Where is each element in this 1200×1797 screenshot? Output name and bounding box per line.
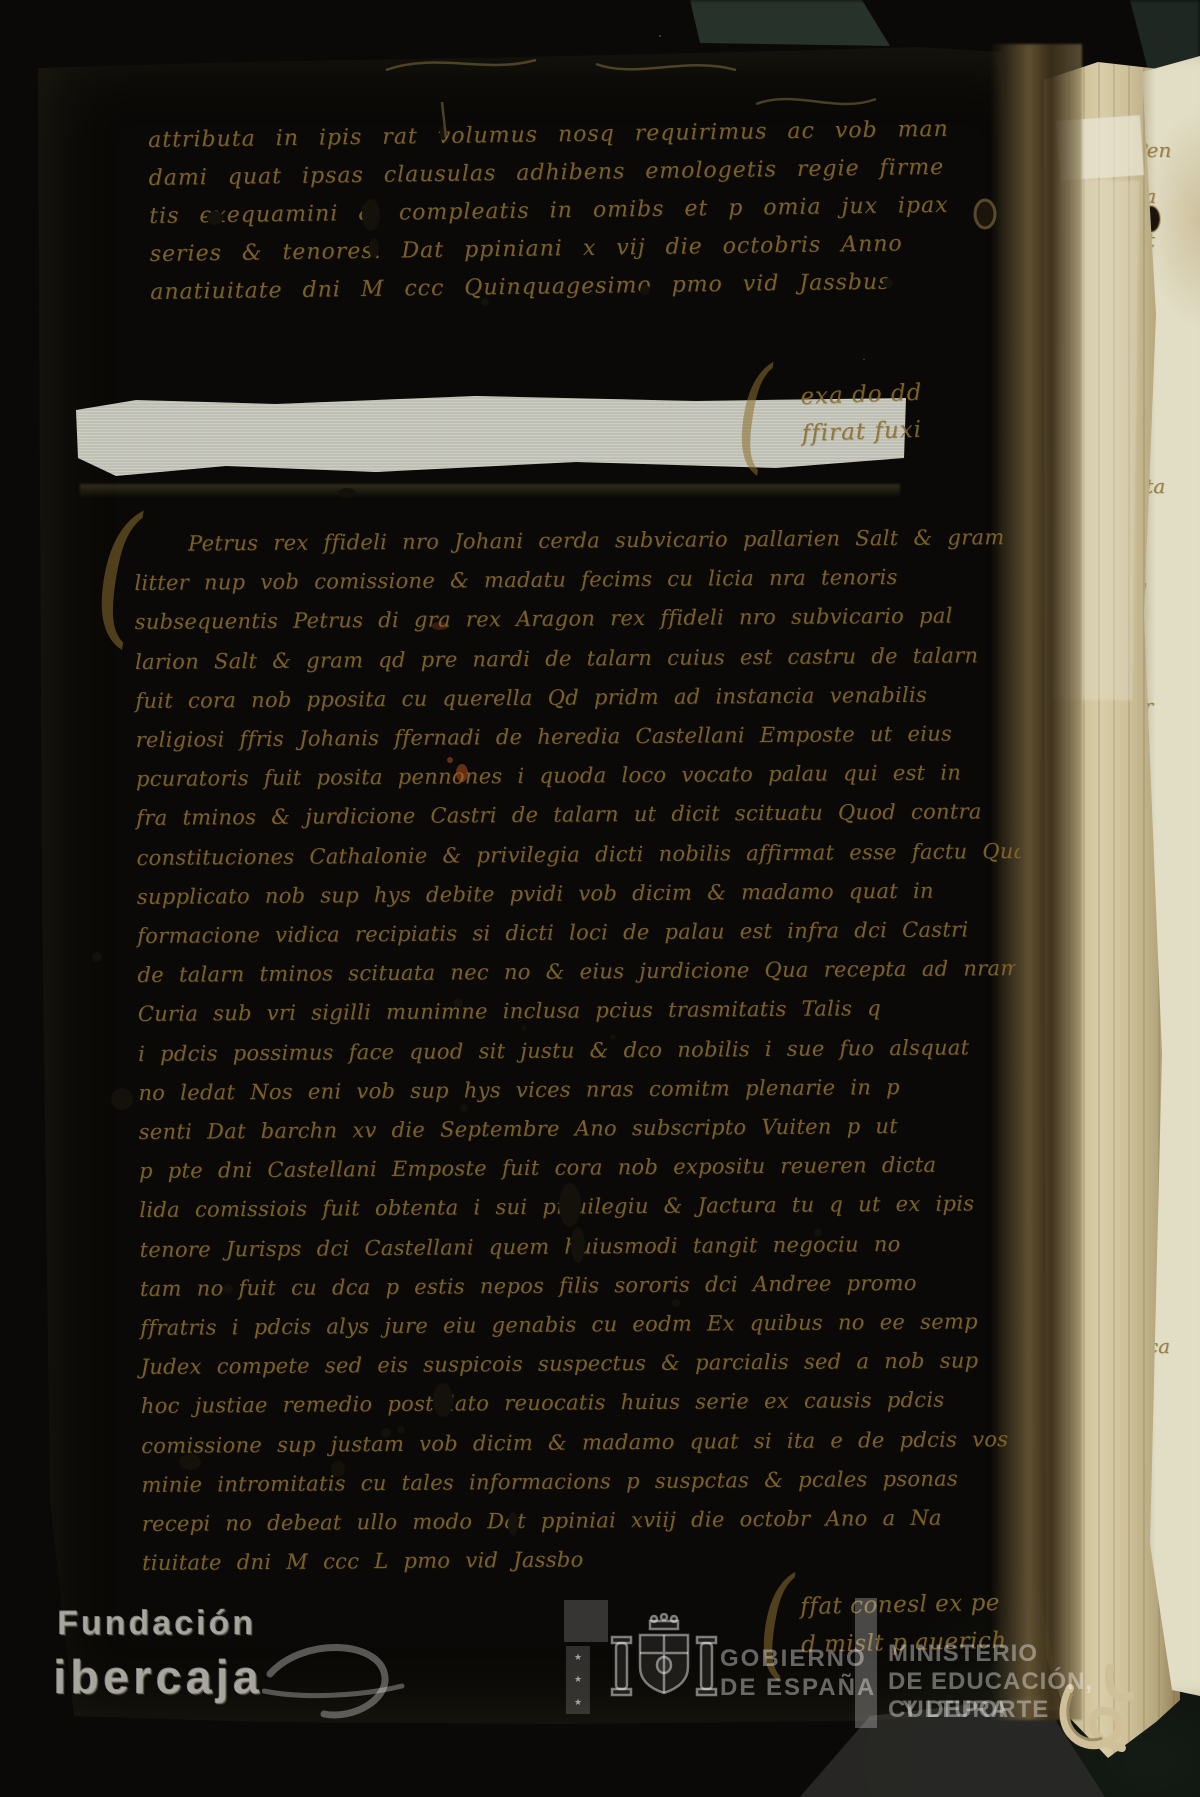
manuscript-line: de talarn tminos scituata nec no & eius … xyxy=(137,956,1020,987)
manuscript-line: dami quat ipsas clausulas adhibens emolo… xyxy=(149,155,945,191)
facing-page-fragment: g xyxy=(1134,1514,1147,1538)
facing-page-fragment: te xyxy=(1134,354,1154,378)
facing-page-fragment: si xyxy=(1134,814,1151,838)
manuscript-line: tenore Jurisps dci Castellani quem huius… xyxy=(140,1232,901,1262)
manuscript-line: Judex compete sed eis suspicois suspectu… xyxy=(140,1349,978,1380)
facing-page-fragment: Pen xyxy=(1134,138,1171,162)
manuscript-line: tam no fuit cu dca p estis nepos filis s… xyxy=(140,1271,917,1301)
facing-page-fragment: m xyxy=(1134,1234,1153,1258)
manuscript-line: minie intromitatis cu tales informacions… xyxy=(141,1466,958,1496)
watermark-ministerio-line2: DE EDUCACIÓN, CULTURA xyxy=(888,1668,1200,1724)
manuscript-line: attributa in ipis rat volumus nosq requi… xyxy=(148,117,949,153)
manuscript-left-page: ( ( ( attributa in ipis rat volumus nosq… xyxy=(36,44,1066,1726)
manuscript-line: senti Dat barchn xv die Septembre Ano su… xyxy=(139,1114,898,1144)
manuscript-line: fra tminos & jurdicione Castri de talarn… xyxy=(136,800,982,831)
binding-stub xyxy=(1038,58,1180,1760)
facing-page-fragment: rr xyxy=(1134,694,1153,718)
spain-coat-of-arms-icon xyxy=(610,1613,718,1718)
repair-tissue-strip xyxy=(76,396,908,496)
watermark-ministerio-line1: MINISTERIO xyxy=(888,1640,1038,1668)
facing-page-fragment: tu xyxy=(1134,934,1155,958)
manuscript-line: ffratris i pdcis alys jure eiu genabis c… xyxy=(140,1309,978,1340)
watermark-divider-bar xyxy=(855,1598,877,1728)
manuscript-line: supplicato nob sup hys debite pvidi vob … xyxy=(137,879,934,909)
facing-page-fragment: & xyxy=(1134,1144,1152,1168)
manuscript-line: recepi no debeat ullo modo Dat ppiniai x… xyxy=(142,1506,942,1536)
book-cradle-support xyxy=(800,1690,1120,1797)
gutter-shadow xyxy=(990,44,1082,1720)
binding-threads xyxy=(1010,1648,1180,1795)
manuscript-line: larion Salt & gram qd pre nardi de talar… xyxy=(135,643,978,674)
manuscript-line: anatiuitate dni M ccc Quinquagesimo pmo … xyxy=(150,270,890,305)
note-flourish: ( xyxy=(736,360,772,472)
gobierno-logo-star-column: ★ ★ ★ xyxy=(566,1646,590,1714)
repair-tape-stub xyxy=(1052,179,1139,700)
background-teal-corner xyxy=(1124,0,1200,100)
repair-tape-stub-top xyxy=(1056,115,1144,181)
star-icon: ★ xyxy=(574,1674,582,1685)
facing-page-fragment: nca xyxy=(1134,1334,1170,1358)
manuscript-line: pcuratoris fuit posita pennones i quoda … xyxy=(136,761,961,791)
manuscript-line: Curia sub vri sigilli munimne inclusa pc… xyxy=(138,997,881,1027)
manuscript-line: no ledat Nos eni vob sup hys vices nras … xyxy=(138,1075,900,1105)
facing-page-fragment: k xyxy=(1134,1434,1146,1458)
watermark-fundacion: Fundación xyxy=(58,1605,257,1644)
manuscript-line: litter nup vob comissione & madatu fecim… xyxy=(134,565,897,595)
ink-holes-and-stains-overlay xyxy=(36,44,1066,1726)
manuscript-line: fuit cora nob pposita cu querella Qd pri… xyxy=(135,683,927,713)
facing-page-fragment: g xyxy=(1134,574,1147,598)
manuscript-line: formacione vidica recipiatis si dicti lo… xyxy=(137,917,968,948)
watermark-gobierno-line2: DE ESPAÑA xyxy=(720,1674,876,1702)
manuscript-line: religiosi ffris Johanis ffernadi de here… xyxy=(136,722,953,752)
manuscript-line: series & tenores. Dat ppiniani x vij die… xyxy=(150,231,903,267)
signature-line: d mislt p auerich xyxy=(801,1628,1007,1658)
manuscript-line: tiuitate dni M ccc L pmo vid Jassbo xyxy=(142,1548,584,1575)
gobierno-logo-flag-square xyxy=(564,1600,608,1642)
facing-page-fragment: lit xyxy=(1134,228,1155,252)
watermark-gobierno-line1: GOBIERNO xyxy=(720,1645,867,1673)
signature-flourish: ( xyxy=(758,1570,794,1678)
tear-crease xyxy=(80,484,900,498)
manuscript-line: Petrus rex ffideli nro Johani cerda subv… xyxy=(134,525,1005,556)
marginal-note-line: exa do dd xyxy=(800,380,923,410)
manuscript-photograph: Pensalittectagrrsitud&mncakg ( ( ( attri… xyxy=(0,0,1200,1797)
background-teal-band xyxy=(688,0,898,50)
manuscript-line: lida comissiois fuit obtenta i sui priui… xyxy=(139,1192,974,1223)
ibercaja-swoosh-icon xyxy=(262,1636,412,1731)
manuscript-line: p pte dni Castellani Emposte fuit cora n… xyxy=(139,1153,936,1183)
watermark-ibercaja: ibercaja xyxy=(54,1650,264,1705)
manuscript-line: i pdcis possimus face quod sit justu & d… xyxy=(138,1035,969,1066)
paragraph-flourish: ( xyxy=(94,506,142,643)
manuscript-line: comissione sup justam vob dicim & madamo… xyxy=(141,1427,1008,1458)
manuscript-line: tis exequamini & compleatis in omibs et … xyxy=(149,193,949,229)
manuscript-line: hoc justiae remedio postulato reuocatis … xyxy=(141,1388,945,1418)
watermark-ministerio-line3: Y DEPORTE xyxy=(902,1696,1049,1724)
facing-page-fragment: d xyxy=(1134,1054,1147,1078)
signature-line: ffat conesl ex pe xyxy=(800,1590,1000,1620)
star-icon: ★ xyxy=(574,1652,582,1663)
facing-page-fragment: cta xyxy=(1134,474,1165,498)
facing-page-edge: Pensalittectagrrsitud&mncakg xyxy=(1126,54,1200,1696)
facing-page-fragment: sa xyxy=(1134,184,1156,208)
worm-hole-right-page xyxy=(1138,202,1164,236)
manuscript-line: constituciones Cathalonie & privilegia d… xyxy=(136,838,1049,869)
manuscript-line: subsequentis Petrus di gra rex Aragon re… xyxy=(135,604,953,634)
star-icon: ★ xyxy=(574,1697,582,1708)
marginal-note-line: ffirat fuxi xyxy=(801,417,922,447)
